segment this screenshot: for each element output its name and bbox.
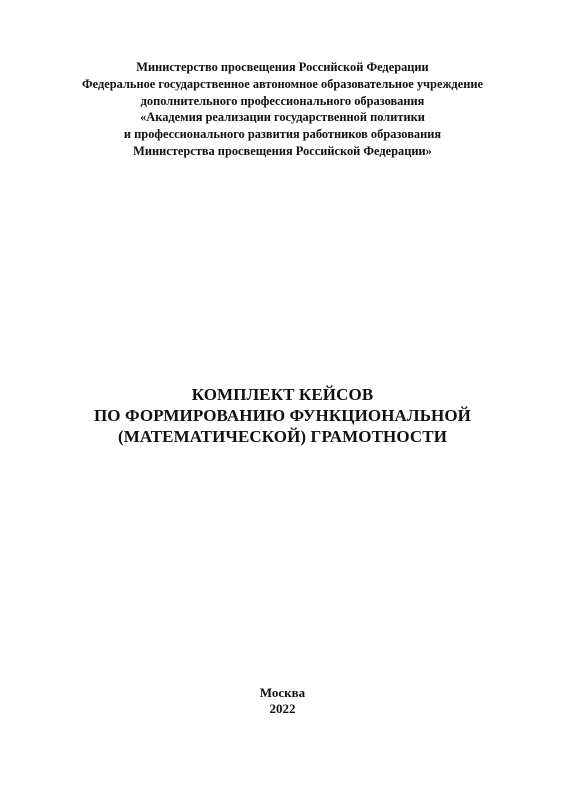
title-line: КОМПЛЕКТ КЕЙСОВ [0,384,565,405]
year: 2022 [0,701,565,717]
header-line: Министерство просвещения Российской Феде… [0,59,565,76]
imprint: Москва 2022 [0,685,565,717]
header-line: и профессионального развития работников … [0,126,565,143]
title-line: ПО ФОРМИРОВАНИЮ ФУНКЦИОНАЛЬНОЙ [0,405,565,426]
header-line: «Академия реализации государственной пол… [0,109,565,126]
header-line: дополнительного профессионального образо… [0,93,565,110]
document-title: КОМПЛЕКТ КЕЙСОВ ПО ФОРМИРОВАНИЮ ФУНКЦИОН… [0,384,565,447]
city: Москва [0,685,565,701]
institution-header: Министерство просвещения Российской Феде… [0,59,565,160]
header-line: Федеральное государственное автономное о… [0,76,565,93]
title-line: (МАТЕМАТИЧЕСКОЙ) ГРАМОТНОСТИ [0,426,565,447]
title-page: Министерство просвещения Российской Феде… [0,0,565,800]
header-line: Министерства просвещения Российской Феде… [0,143,565,160]
